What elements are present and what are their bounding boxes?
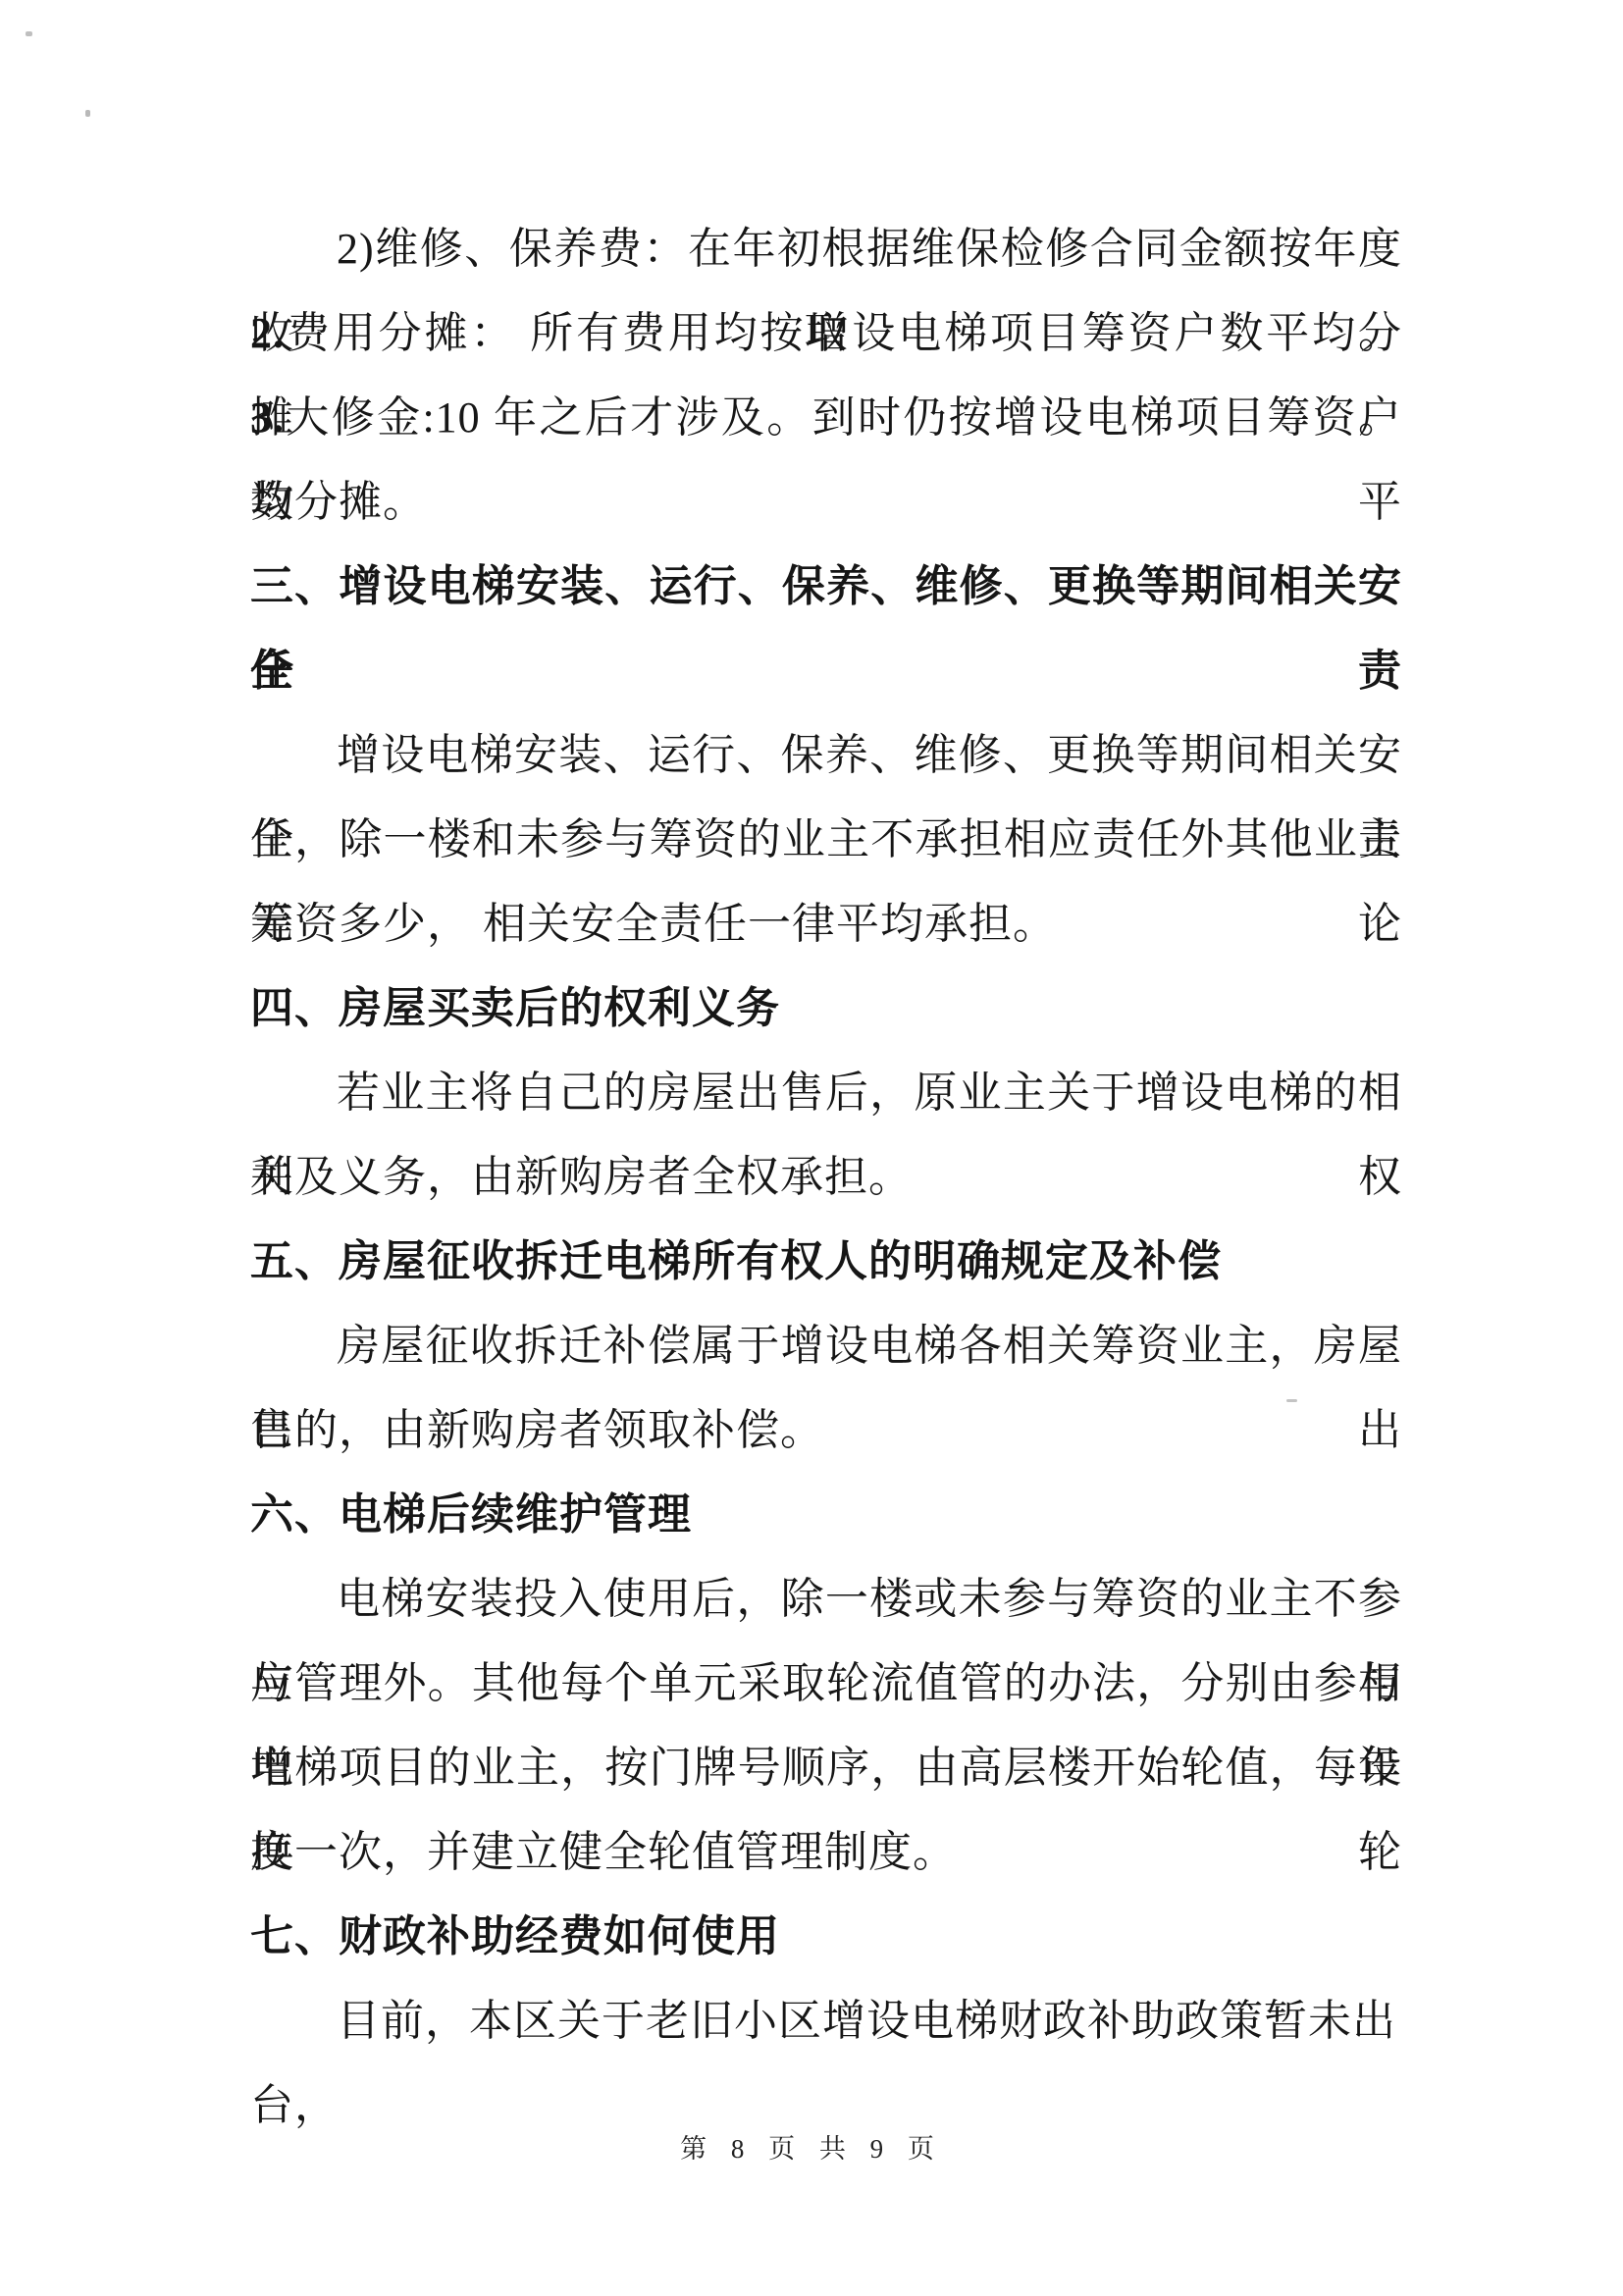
section-5-heading: 五、房屋征收拆迁电梯所有权人的明确规定及补偿 bbox=[250, 1220, 1402, 1304]
line-text: 筹资多少， 相关安全责任一律平均承担。 bbox=[250, 900, 1057, 948]
line-text: 七、财政补助经费如何使用 bbox=[250, 1912, 780, 1960]
item-number: 3. bbox=[250, 393, 285, 442]
line-text: 五、房屋征收拆迁电梯所有权人的明确规定及补偿 bbox=[250, 1237, 1222, 1285]
section-3-paragraph-line-2: 任，除一楼和未参与筹资的业主不承担相应责任外其他业主无论 bbox=[250, 798, 1402, 882]
line-text: 售的，由新购房者领取补偿。 bbox=[250, 1406, 824, 1454]
item-maintenance-fee-line: 2)维修、保养费：在年初根据维保检修合同金额按年度收取。 bbox=[250, 207, 1402, 291]
line-text: 目前，本区关于老旧小区增设电梯财政补助政策暂未出台， bbox=[250, 1997, 1396, 2129]
section-5-paragraph-line-1: 房屋征收拆迁补偿属于增设电梯各相关筹资业主，房屋已出 bbox=[250, 1304, 1402, 1388]
scan-speck bbox=[85, 110, 90, 117]
item-number: 2. bbox=[250, 309, 285, 357]
section-3-heading-line-1: 三、增设电梯安装、运行、保养、维修、更换等期间相关安全责 bbox=[250, 545, 1402, 629]
item-major-repair-fund-line: 3.大修金:10 年之后才涉及。到时仍按增设电梯项目筹资户数平 bbox=[250, 376, 1402, 460]
line-text: 四、房屋买卖后的权利义务 bbox=[250, 984, 780, 1032]
section-3-paragraph-line-1: 增设电梯安装、运行、保养、维修、更换等期间相关安全责 bbox=[250, 713, 1402, 798]
section-6-paragraph-line-3: 电梯项目的业主，按门牌号顺序，由高层楼开始轮值，每年度轮 bbox=[250, 1726, 1402, 1810]
document-page: 2)维修、保养费：在年初根据维保检修合同金额按年度收取。 2.费用分摊： 所有费… bbox=[0, 0, 1623, 2296]
scan-speck bbox=[26, 31, 32, 36]
page-number-text: 第 8 页 共 9 页 bbox=[680, 2134, 943, 2164]
section-4-heading: 四、房屋买卖后的权利义务 bbox=[250, 966, 1402, 1051]
document-body: 2)维修、保养费：在年初根据维保检修合同金额按年度收取。 2.费用分摊： 所有费… bbox=[250, 207, 1402, 2063]
line-text: 换一次，并建立健全轮值管理制度。 bbox=[250, 1828, 957, 1876]
section-6-paragraph-line-1: 电梯安装投入使用后，除一楼或未参与筹资的业主不参与相 bbox=[250, 1557, 1402, 1642]
section-4-paragraph-line-1: 若业主将自己的房屋出售后，原业主关于增设电梯的相关权 bbox=[250, 1051, 1402, 1135]
page-footer: 第 8 页 共 9 页 bbox=[0, 2127, 1623, 2166]
line-text: 均分摊。 bbox=[250, 478, 427, 526]
line-text: 三、增设电梯安装、运行、保养、维修、更换等期间相关安全责 bbox=[250, 562, 1402, 695]
section-6-heading: 六、电梯后续维护管理 bbox=[250, 1473, 1402, 1557]
section-6-paragraph-line-2: 应管理外。其他每个单元采取轮流值管的办法，分别由参与增设 bbox=[250, 1642, 1402, 1726]
line-text: 任 bbox=[250, 647, 294, 695]
line-text: 利及义务，由新购房者全权承担。 bbox=[250, 1153, 913, 1201]
section-7-paragraph-line-1: 目前，本区关于老旧小区增设电梯财政补助政策暂未出台， bbox=[250, 1979, 1402, 2063]
line-text: 六、电梯后续维护管理 bbox=[250, 1490, 692, 1539]
item-cost-sharing-line: 2.费用分摊： 所有费用均按增设电梯项目筹资户数平均分摊。 bbox=[250, 291, 1402, 376]
section-7-heading: 七、财政补助经费如何使用 bbox=[250, 1895, 1402, 1979]
